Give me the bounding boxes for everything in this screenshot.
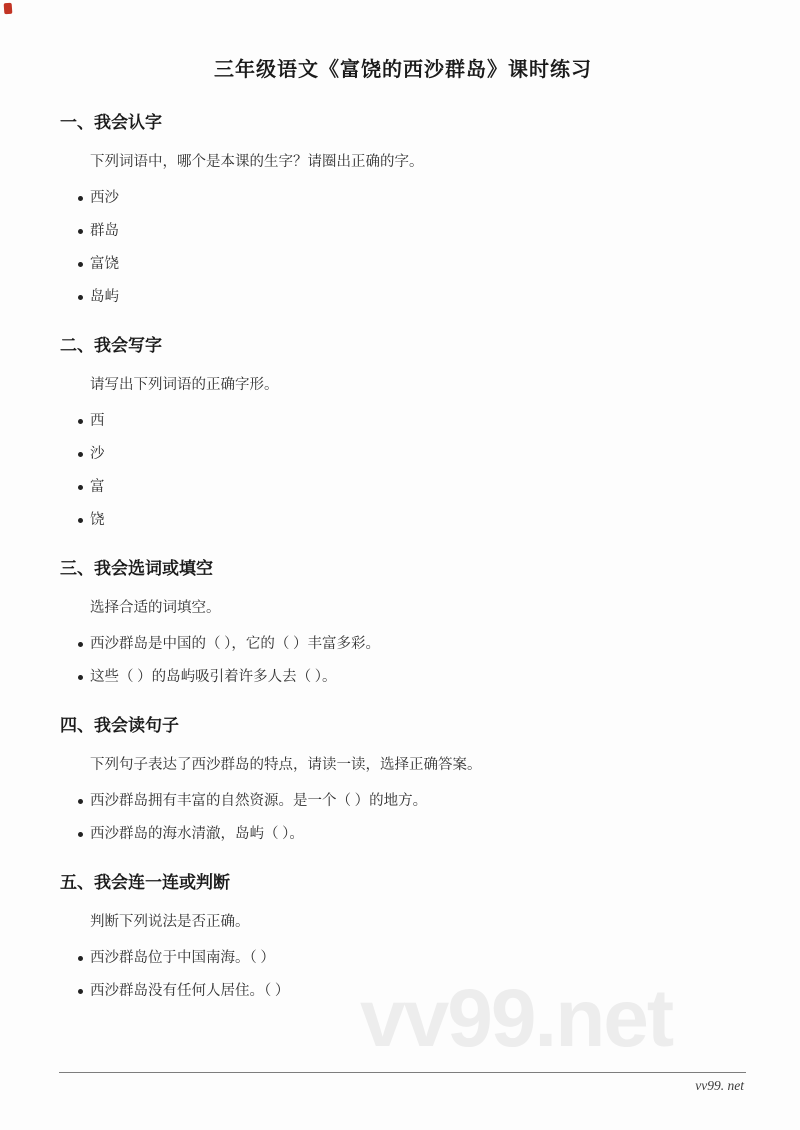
- list-item: 岛屿: [60, 286, 746, 308]
- list-item-text: 西沙群岛是中国的（ ），它的（ ）丰富多彩。: [90, 636, 380, 652]
- section-recognize-characters: 一、我会认字 下列词语中，哪个是本课的生字？请圈出正确的字。 西沙 群岛 富饶 …: [60, 111, 746, 308]
- section-fill-in-blanks: 三、我会选词或填空 选择合适的词填空。 西沙群岛是中国的（ ），它的（ ）丰富多…: [60, 557, 746, 688]
- section-heading: 一、我会认字: [60, 111, 746, 135]
- footer-site-label: vv99. net: [695, 1078, 744, 1094]
- list-item-text: 西沙: [90, 190, 119, 206]
- list-item: 饶: [60, 509, 746, 531]
- list-item: 西沙群岛的海水清澈，岛屿（ ）。: [60, 823, 746, 845]
- item-list: 西沙群岛拥有丰富的自然资源。是一个（ ）的地方。 西沙群岛的海水清澈，岛屿（ ）…: [60, 790, 746, 845]
- section-intro: 判断下列说法是否正确。: [60, 911, 746, 933]
- list-item-text: 富: [90, 479, 105, 495]
- list-item: 富饶: [60, 253, 746, 275]
- list-item: 这些（ ）的岛屿吸引着许多人去（ ）。: [60, 666, 746, 688]
- bullet-icon: [78, 642, 83, 647]
- bullet-icon: [78, 485, 83, 490]
- section-intro: 下列词语中，哪个是本课的生字？请圈出正确的字。: [60, 151, 746, 173]
- list-item: 西沙群岛是中国的（ ），它的（ ）丰富多彩。: [60, 633, 746, 655]
- list-item-text: 群岛: [90, 223, 119, 239]
- bullet-icon: [78, 452, 83, 457]
- list-item: 沙: [60, 443, 746, 465]
- bullet-icon: [78, 799, 83, 804]
- bullet-icon: [78, 196, 83, 201]
- item-list: 西 沙 富 饶: [60, 410, 746, 531]
- list-item: 西: [60, 410, 746, 432]
- list-item-text: 这些（ ）的岛屿吸引着许多人去（ ）。: [90, 669, 337, 685]
- list-item-text: 西: [90, 413, 105, 429]
- list-item: 群岛: [60, 220, 746, 242]
- list-item-text: 西沙群岛的海水清澈，岛屿（ ）。: [90, 826, 304, 842]
- bullet-icon: [78, 229, 83, 234]
- footer-divider: [59, 1072, 746, 1073]
- list-item-text: 饶: [90, 512, 105, 528]
- list-item: 西沙群岛位于中国南海。（ ）: [60, 947, 746, 969]
- bullet-icon: [78, 262, 83, 267]
- list-item-text: 富饶: [90, 256, 119, 272]
- section-heading: 五、我会连一连或判断: [60, 871, 746, 895]
- worksheet-page: vv99.net 三年级语文《富饶的西沙群岛》课时练习 一、我会认字 下列词语中…: [0, 0, 800, 1130]
- bullet-icon: [78, 295, 83, 300]
- section-heading: 二、我会写字: [60, 334, 746, 358]
- section-write-characters: 二、我会写字 请写出下列词语的正确字形。 西 沙 富 饶: [60, 334, 746, 531]
- list-item: 西沙群岛没有任何人居住。（ ）: [60, 980, 746, 1002]
- list-item-text: 沙: [90, 446, 105, 462]
- item-list: 西沙 群岛 富饶 岛屿: [60, 187, 746, 308]
- list-item: 西沙: [60, 187, 746, 209]
- list-item-text: 西沙群岛没有任何人居住。（ ）: [90, 983, 289, 999]
- list-item: 富: [60, 476, 746, 498]
- section-heading: 四、我会读句子: [60, 714, 746, 738]
- list-item-text: 西沙群岛拥有丰富的自然资源。是一个（ ）的地方。: [90, 793, 427, 809]
- corner-mark: [4, 3, 13, 15]
- list-item-text: 西沙群岛位于中国南海。（ ）: [90, 950, 275, 966]
- bullet-icon: [78, 956, 83, 961]
- item-list: 西沙群岛是中国的（ ），它的（ ）丰富多彩。 这些（ ）的岛屿吸引着许多人去（ …: [60, 633, 746, 688]
- section-read-sentences: 四、我会读句子 下列句子表达了西沙群岛的特点，请读一读，选择正确答案。 西沙群岛…: [60, 714, 746, 845]
- section-intro: 下列句子表达了西沙群岛的特点，请读一读，选择正确答案。: [60, 754, 746, 776]
- section-heading: 三、我会选词或填空: [60, 557, 746, 581]
- list-item: 西沙群岛拥有丰富的自然资源。是一个（ ）的地方。: [60, 790, 746, 812]
- bullet-icon: [78, 675, 83, 680]
- list-item-text: 岛屿: [90, 289, 119, 305]
- bullet-icon: [78, 832, 83, 837]
- bullet-icon: [78, 419, 83, 424]
- page-title: 三年级语文《富饶的西沙群岛》课时练习: [60, 0, 746, 85]
- section-match-or-judge: 五、我会连一连或判断 判断下列说法是否正确。 西沙群岛位于中国南海。（ ） 西沙…: [60, 871, 746, 1002]
- bullet-icon: [78, 518, 83, 523]
- bullet-icon: [78, 989, 83, 994]
- section-intro: 选择合适的词填空。: [60, 597, 746, 619]
- item-list: 西沙群岛位于中国南海。（ ） 西沙群岛没有任何人居住。（ ）: [60, 947, 746, 1002]
- section-intro: 请写出下列词语的正确字形。: [60, 374, 746, 396]
